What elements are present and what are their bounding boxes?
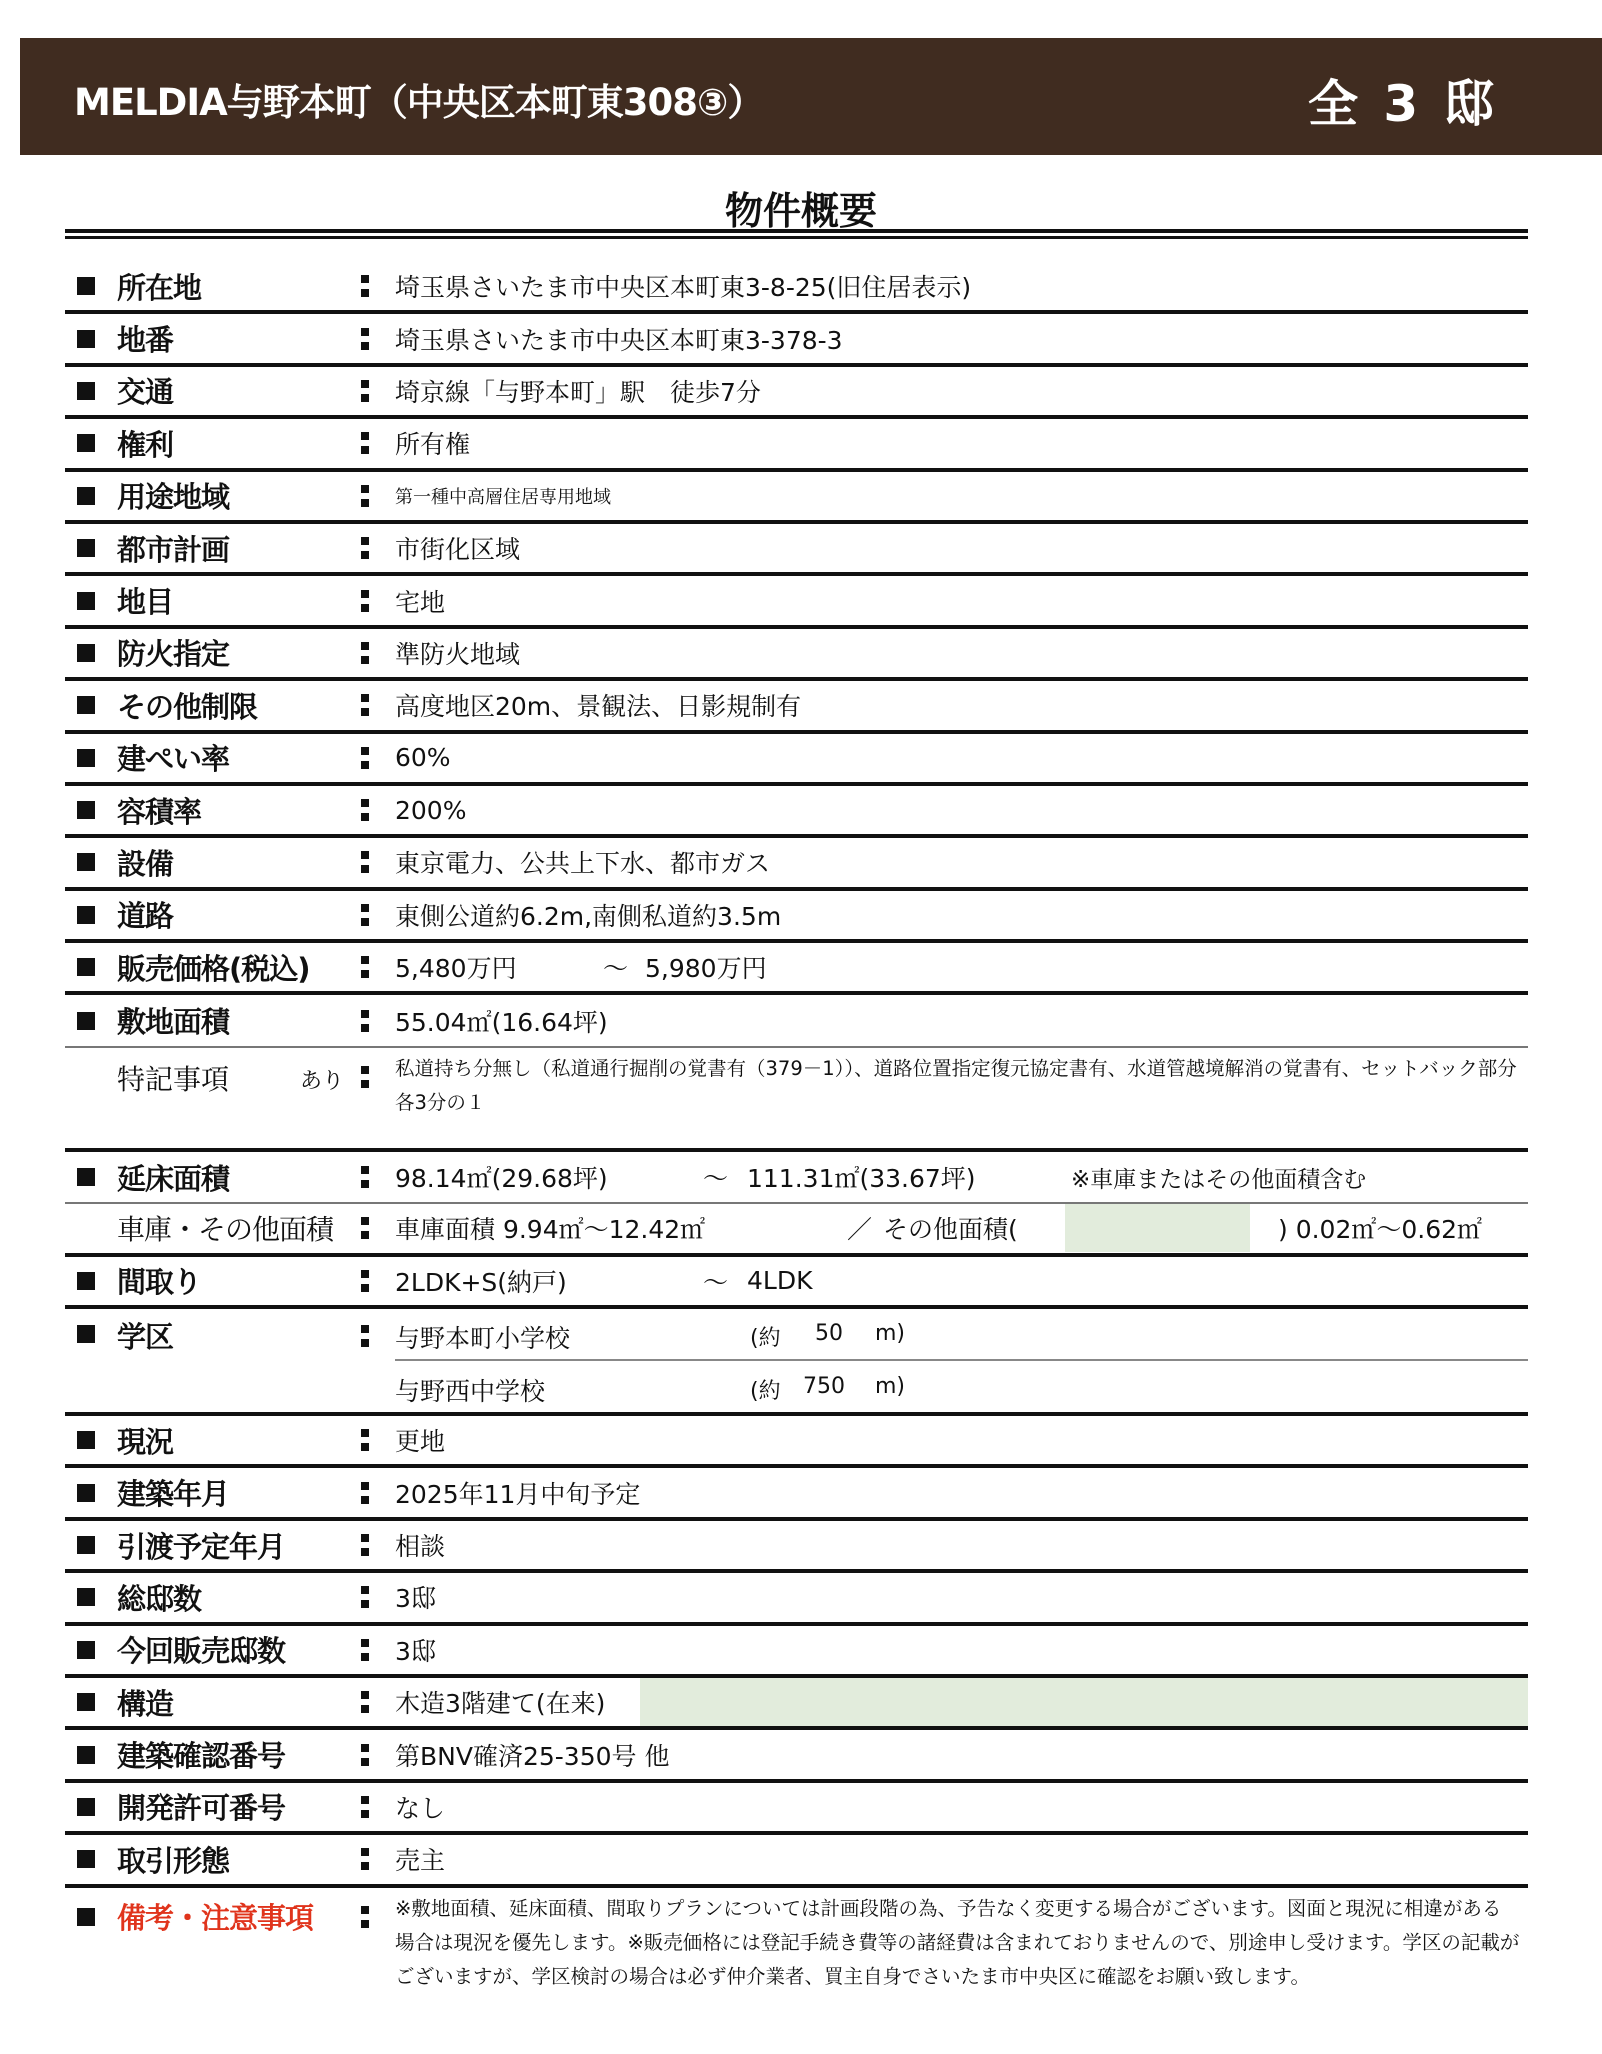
row-label: 容積率 <box>117 790 201 831</box>
square-bullet-icon <box>77 749 95 767</box>
square-bullet-icon <box>77 1746 95 1764</box>
row-value: 3邸 <box>395 1579 436 1615</box>
row-current-status: 現況 更地 <box>65 1416 1528 1468</box>
colon-icon <box>361 324 369 354</box>
colon-icon <box>361 690 369 720</box>
row-layout: 間取り 2LDK+S(納戸) ～ 4LDK <box>65 1257 1528 1309</box>
remarks-text: ※敷地面積、延床面積、間取りプランについては計画段階の為、予告なく変更する場合が… <box>395 1892 1520 1994</box>
special-notes-flag: あり <box>300 1064 344 1095</box>
row-label: 地番 <box>117 318 173 359</box>
other-area-blank-field <box>1065 1204 1250 1252</box>
row-building-coverage: 建ぺい率 60% <box>65 734 1528 786</box>
floor-area-note: ※車庫またはその他面積含む <box>1071 1161 1366 1194</box>
row-value: 宅地 <box>395 583 445 619</box>
row-special-notes: 特記事項 あり 私道持ち分無し（私道通行掘削の覚書有（379－1））、道路位置指… <box>65 1048 1528 1152</box>
row-building-confirmation: 建築確認番号 第BNV確済25-350号 他 <box>65 1730 1528 1782</box>
garage-area: 車庫面積 9.94㎡～12.42㎡ <box>395 1210 705 1246</box>
square-bullet-icon <box>77 696 95 714</box>
row-label: 地目 <box>117 580 173 621</box>
square-bullet-icon <box>77 1325 95 1343</box>
square-bullet-icon <box>77 277 95 295</box>
square-bullet-icon <box>77 539 95 557</box>
colon-icon <box>361 1582 369 1612</box>
row-city-planning: 都市計画 市街化区域 <box>65 524 1528 576</box>
row-site-area: 敷地面積 55.04㎡(16.64坪) <box>65 995 1528 1047</box>
square-bullet-icon <box>77 434 95 452</box>
colon-icon <box>361 1530 369 1560</box>
row-label: 引渡予定年月 <box>117 1525 285 1566</box>
colon-icon <box>361 1687 369 1717</box>
colon-icon <box>361 376 369 406</box>
square-bullet-icon <box>77 1641 95 1659</box>
row-value: 埼玉県さいたま市中央区本町東3-378-3 <box>395 321 843 357</box>
row-total-units: 総邸数 3邸 <box>65 1573 1528 1625</box>
square-bullet-icon <box>77 1908 95 1926</box>
row-label: 所在地 <box>117 266 201 307</box>
colon-icon <box>361 586 369 616</box>
square-bullet-icon <box>77 330 95 348</box>
row-value: 高度地区20m、景観法、日影規制有 <box>395 687 801 723</box>
row-road: 道路 東側公道約6.2m,南側私道約3.5m <box>65 891 1528 943</box>
colon-icon <box>361 428 369 458</box>
total-units-badge: 全 3 邸 <box>1308 64 1498 136</box>
page-title: 物件概要 <box>0 180 1602 235</box>
square-bullet-icon <box>77 906 95 924</box>
row-lot-number: 地番 埼玉県さいたま市中央区本町東3-378-3 <box>65 314 1528 366</box>
colon-icon <box>361 1062 369 1092</box>
school-distance: 50 <box>815 1321 843 1346</box>
colon-icon <box>361 1635 369 1665</box>
colon-icon <box>361 952 369 982</box>
square-bullet-icon <box>77 592 95 610</box>
row-land-category: 地目 宅地 <box>65 576 1528 628</box>
range-separator: ～ <box>703 1263 728 1299</box>
school-row-elementary: 与野本町小学校 (約 50 m) <box>395 1309 1528 1361</box>
row-value: 所有権 <box>395 425 470 461</box>
distance-unit: m) <box>875 1321 905 1346</box>
square-bullet-icon <box>77 1693 95 1711</box>
property-name: MELDIA与野本町（中央区本町東308③） <box>74 72 763 126</box>
row-label: 特記事項 <box>117 1058 229 1098</box>
colon-icon <box>361 1425 369 1455</box>
row-label: 防火指定 <box>117 632 229 673</box>
row-value: 東側公道約6.2m,南側私道約3.5m <box>395 897 781 933</box>
square-bullet-icon <box>77 1536 95 1554</box>
range-separator: ～ <box>703 1159 728 1195</box>
row-value: 55.04㎡(16.64坪) <box>395 1003 608 1039</box>
colon-icon <box>361 1792 369 1822</box>
square-bullet-icon <box>77 1484 95 1502</box>
row-label: 敷地面積 <box>117 1000 229 1041</box>
row-price: 販売価格(税込) 5,480万円 ～ 5,980万円 <box>65 943 1528 995</box>
row-label: 学区 <box>117 1315 173 1356</box>
row-value: 木造3階建て(在来) <box>395 1684 605 1720</box>
floor-area-max: 111.31㎡(33.67坪) <box>747 1159 976 1195</box>
row-school-district: 学区 与野本町小学校 (約 50 m) 与野西中学校 (約 750 m) <box>65 1309 1528 1416</box>
price-min: 5,480万円 <box>395 949 517 985</box>
row-value: 更地 <box>395 1422 445 1458</box>
row-other-restrictions: その他制限 高度地区20m、景観法、日影規制有 <box>65 681 1528 733</box>
row-label: 道路 <box>117 894 173 935</box>
row-label: その他制限 <box>117 685 257 726</box>
row-delivery-date: 引渡予定年月 相談 <box>65 1521 1528 1573</box>
other-area-prefix: その他面積( <box>883 1210 1018 1246</box>
distance-prefix: (約 <box>750 1321 781 1352</box>
row-transaction-type: 取引形態 売主 <box>65 1835 1528 1887</box>
slash-separator: ／ <box>847 1210 872 1246</box>
row-value: 売主 <box>395 1841 445 1877</box>
layout-max: 4LDK <box>747 1266 812 1295</box>
row-label: 権利 <box>117 423 173 464</box>
row-label: 建築年月 <box>117 1472 229 1513</box>
distance-prefix: (約 <box>750 1374 781 1405</box>
square-bullet-icon <box>77 1012 95 1030</box>
square-bullet-icon <box>77 644 95 662</box>
colon-icon <box>361 1213 369 1243</box>
colon-icon <box>361 900 369 930</box>
square-bullet-icon <box>77 1850 95 1868</box>
row-value: 埼京線「与野本町」駅 徒歩7分 <box>395 373 761 409</box>
row-total-floor-area: 延床面積 98.14㎡(29.68坪) ～ 111.31㎡(33.67坪) ※車… <box>65 1152 1528 1204</box>
row-value: 第一種中高層住居専用地域 <box>395 483 611 509</box>
colon-icon <box>361 847 369 877</box>
colon-icon <box>361 481 369 511</box>
colon-icon <box>361 795 369 825</box>
row-transport: 交通 埼京線「与野本町」駅 徒歩7分 <box>65 367 1528 419</box>
colon-icon <box>361 1740 369 1770</box>
row-value: 60% <box>395 743 451 772</box>
row-label: 今回販売邸数 <box>117 1629 285 1670</box>
row-fire-zone: 防火指定 準防火地域 <box>65 629 1528 681</box>
school-name: 与野西中学校 <box>395 1372 545 1408</box>
row-rights: 権利 所有権 <box>65 419 1528 471</box>
row-value: 市街化区域 <box>395 530 520 566</box>
row-development-permit: 開発許可番号 なし <box>65 1783 1528 1835</box>
square-bullet-icon <box>77 853 95 871</box>
colon-icon <box>361 533 369 563</box>
row-label: 開発許可番号 <box>117 1786 285 1827</box>
row-label: 取引形態 <box>117 1839 229 1880</box>
row-label: 設備 <box>117 842 173 883</box>
floor-area-min: 98.14㎡(29.68坪) <box>395 1159 608 1195</box>
square-bullet-icon <box>77 1588 95 1606</box>
property-summary-table: 所在地 埼玉県さいたま市中央区本町東3-8-25(旧住居表示) 地番 埼玉県さい… <box>65 262 1528 2038</box>
colon-icon <box>361 743 369 773</box>
colon-icon <box>361 1478 369 1508</box>
square-bullet-icon <box>77 1272 95 1290</box>
distance-unit: m) <box>875 1374 905 1399</box>
square-bullet-icon <box>77 1168 95 1186</box>
row-label: 交通 <box>117 370 173 411</box>
school-name: 与野本町小学校 <box>395 1319 570 1355</box>
colon-icon <box>361 1902 369 1932</box>
title-divider-bottom <box>65 236 1528 239</box>
colon-icon <box>361 271 369 301</box>
school-row-junior-high: 与野西中学校 (約 750 m) <box>395 1362 1528 1414</box>
row-label: 建築確認番号 <box>117 1734 285 1775</box>
layout-min: 2LDK+S(納戸) <box>395 1263 567 1299</box>
range-separator: ～ <box>603 949 628 985</box>
other-area-value: ) 0.02㎡～0.62㎡ <box>1278 1210 1482 1246</box>
row-label: 建ぺい率 <box>117 737 229 778</box>
row-remarks: 備考・注意事項 ※敷地面積、延床面積、間取りプランについては計画段階の為、予告な… <box>65 1888 1528 2038</box>
row-label: 間取り <box>117 1260 201 1301</box>
row-value: 200% <box>395 796 466 825</box>
price-max: 5,980万円 <box>645 949 767 985</box>
row-value: 準防火地域 <box>395 635 520 671</box>
square-bullet-icon <box>77 801 95 819</box>
square-bullet-icon <box>77 1431 95 1449</box>
row-value: 埼玉県さいたま市中央区本町東3-8-25(旧住居表示) <box>395 268 971 304</box>
row-value: 第BNV確済25-350号 他 <box>395 1737 669 1773</box>
colon-icon <box>361 638 369 668</box>
row-value: 2025年11月中旬予定 <box>395 1475 640 1511</box>
square-bullet-icon <box>77 487 95 505</box>
row-label: 総邸数 <box>117 1577 201 1618</box>
row-value: 3邸 <box>395 1632 436 1668</box>
header-banner: MELDIA与野本町（中央区本町東308③） 全 3 邸 <box>20 38 1602 155</box>
colon-icon <box>361 1162 369 1192</box>
row-label: 延床面積 <box>117 1157 229 1198</box>
row-label: 現況 <box>117 1420 173 1461</box>
colon-icon <box>361 1844 369 1874</box>
colon-icon <box>361 1266 369 1296</box>
row-units-for-sale: 今回販売邸数 3邸 <box>65 1626 1528 1678</box>
row-label: 構造 <box>117 1682 173 1723</box>
row-floor-area-ratio: 容積率 200% <box>65 786 1528 838</box>
title-divider-top <box>65 229 1528 233</box>
row-garage-other-area: 車庫・その他面積 車庫面積 9.94㎡～12.42㎡ ／ その他面積( ) 0.… <box>65 1204 1528 1256</box>
row-zoning: 用途地域 第一種中高層住居専用地域 <box>65 472 1528 524</box>
row-location: 所在地 埼玉県さいたま市中央区本町東3-8-25(旧住居表示) <box>65 262 1528 314</box>
square-bullet-icon <box>77 1798 95 1816</box>
row-label: 車庫・その他面積 <box>117 1208 333 1248</box>
special-notes-text: 私道持ち分無し（私道通行掘削の覚書有（379－1））、道路位置指定復元協定書有、… <box>395 1052 1520 1120</box>
square-bullet-icon <box>77 382 95 400</box>
row-facilities: 設備 東京電力、公共上下水、都市ガス <box>65 838 1528 890</box>
row-label: 都市計画 <box>117 528 229 569</box>
colon-icon <box>361 1006 369 1036</box>
row-label: 用途地域 <box>117 475 229 516</box>
row-label: 備考・注意事項 <box>117 1896 313 1937</box>
square-bullet-icon <box>77 958 95 976</box>
structure-highlight <box>640 1678 1528 1726</box>
row-label: 販売価格(税込) <box>117 947 357 988</box>
row-structure: 構造 木造3階建て(在来) <box>65 1678 1528 1730</box>
school-distance: 750 <box>803 1374 845 1399</box>
row-value: 東京電力、公共上下水、都市ガス <box>395 844 770 880</box>
colon-icon <box>361 1321 369 1351</box>
row-value: 相談 <box>395 1527 445 1563</box>
row-value: なし <box>395 1789 445 1825</box>
row-construction-date: 建築年月 2025年11月中旬予定 <box>65 1468 1528 1520</box>
